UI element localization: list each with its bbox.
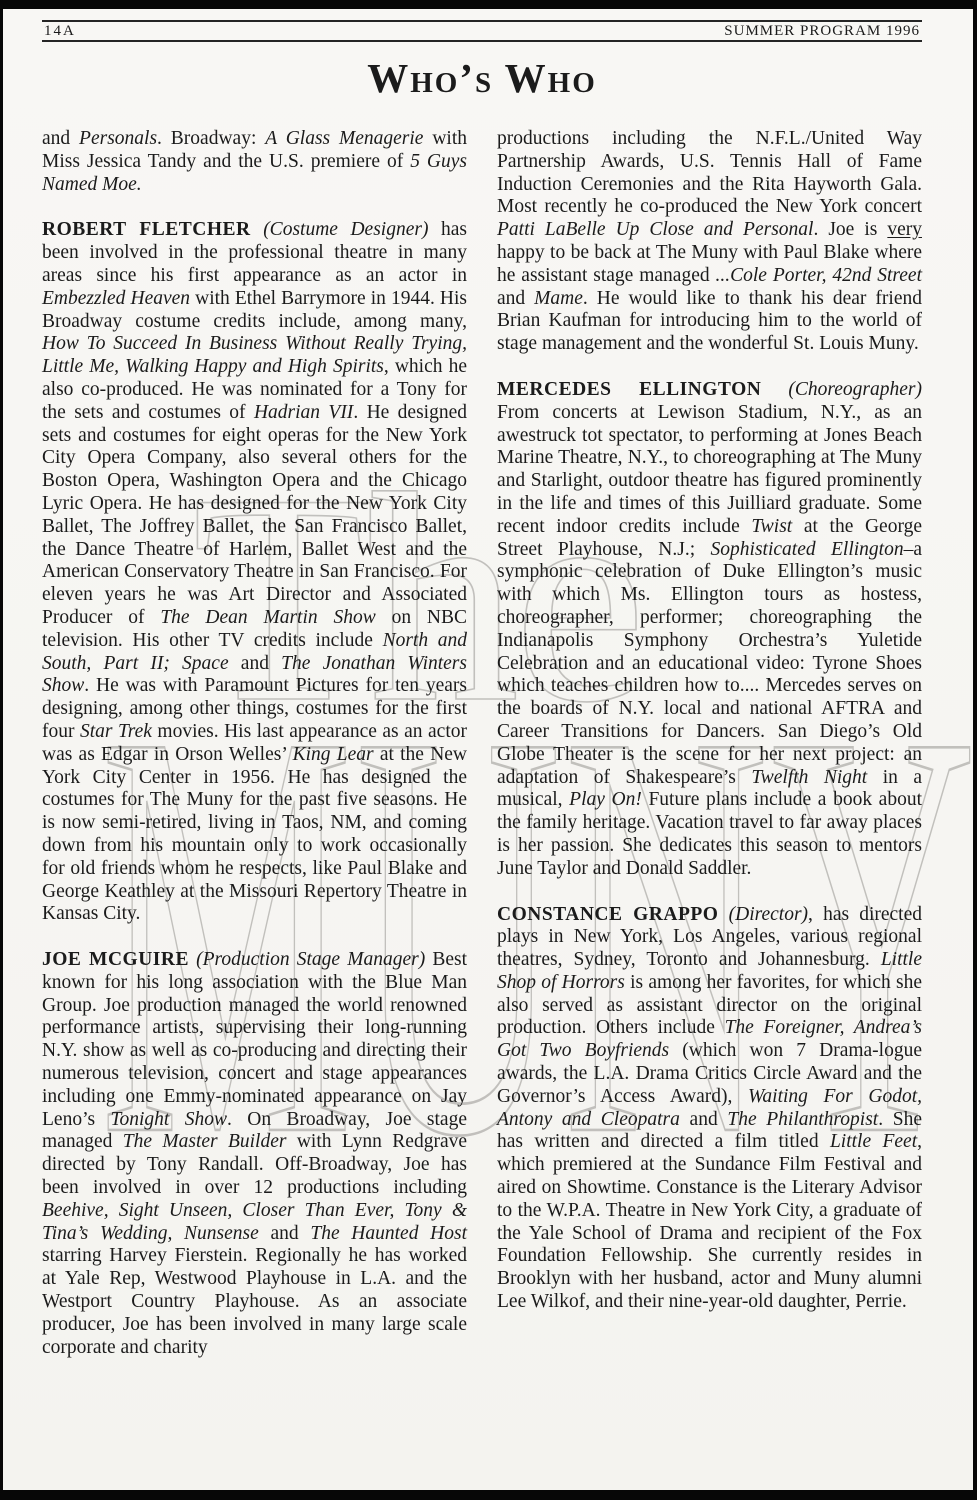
program-page-scan: The MUNY 14A SUMMER PROGRAM 1996 Who’s W…: [0, 0, 977, 1500]
text-run: Best known for his long association with…: [42, 949, 467, 1130]
page-border-right: [973, 0, 977, 1500]
page-content: 14A SUMMER PROGRAM 1996 Who’s Who and Pe…: [0, 0, 977, 1359]
text-run: King Lear: [293, 744, 374, 765]
text-run: (Choreographer): [788, 379, 922, 400]
bio-paragraph: and Personals. Broadway: A Glass Menager…: [42, 128, 467, 196]
bio-paragraph: ROBERT FLETCHER (Costume Designer) has b…: [42, 219, 467, 926]
text-run: Sophisticated Ellington: [711, 539, 904, 560]
page-border-bottom: [0, 1490, 977, 1500]
text-run: JOE MCGUIRE: [42, 949, 189, 970]
running-header: 14A SUMMER PROGRAM 1996: [42, 22, 922, 40]
text-run: The Philanthropist: [727, 1109, 878, 1130]
text-run: and: [497, 288, 534, 309]
text-run: (Costume Designer): [263, 219, 428, 240]
text-run: ROBERT FLETCHER: [42, 219, 251, 240]
page-border-left: [0, 0, 3, 1500]
text-run: very: [887, 219, 922, 240]
text-run: . Joe is: [813, 219, 887, 240]
bio-paragraph: productions including the N.F.L./United …: [497, 128, 922, 356]
text-run: Play On!: [569, 789, 642, 810]
text-run: –a symphonic celebration of Duke Ellingt…: [497, 539, 922, 788]
text-run: Patti LaBelle Up Close and Personal: [497, 219, 813, 240]
text-run: Embezzled Heaven: [42, 288, 190, 309]
text-run: [251, 219, 264, 240]
page-title: Who’s Who: [42, 58, 922, 99]
text-run: Mame: [534, 288, 583, 309]
text-run: Tonight Show: [110, 1109, 227, 1130]
text-run: Star Trek: [80, 721, 152, 742]
bio-columns: and Personals. Broadway: A Glass Menager…: [42, 128, 922, 1359]
text-run: . He designed sets and costumes for eigh…: [42, 402, 467, 628]
text-run: The Dean Martin Show: [160, 607, 375, 628]
column-right: productions including the N.F.L./United …: [497, 128, 922, 1359]
text-run: (Director): [729, 904, 808, 925]
text-run: and: [259, 1223, 311, 1244]
text-run: MERCEDES ELLINGTON: [497, 379, 761, 400]
text-run: Personals: [79, 128, 157, 149]
bio-paragraph: CONSTANCE GRAPPO (Director), has directe…: [497, 904, 922, 1314]
program-edition: SUMMER PROGRAM 1996: [724, 23, 920, 40]
text-run: . Broadway:: [157, 128, 265, 149]
text-run: The Haunted Host: [310, 1223, 467, 1244]
text-run: [718, 904, 728, 925]
page-number: 14A: [44, 23, 76, 40]
text-run: Little Feet: [830, 1131, 917, 1152]
bio-paragraph: MERCEDES ELLINGTON (Choreographer) From …: [497, 379, 922, 881]
bio-paragraph: JOE MCGUIRE (Production Stage Manager) B…: [42, 949, 467, 1359]
text-run: and: [229, 653, 282, 674]
text-run: A Glass Menagerie: [265, 128, 423, 149]
text-run: [761, 379, 788, 400]
header-rule-bottom: [42, 40, 922, 42]
text-run: ...Cole Porter, 42nd Street: [716, 265, 923, 286]
text-run: (Production Stage Manager): [196, 949, 425, 970]
text-run: starring Harvey Fierstein. Regionally he…: [42, 1245, 467, 1357]
text-run: and: [42, 128, 79, 149]
text-run: Twelfth Night: [751, 767, 867, 788]
text-run: and: [680, 1109, 727, 1130]
text-run: Hadrian VII: [254, 402, 353, 423]
text-run: CONSTANCE GRAPPO: [497, 904, 718, 925]
text-run: The Master Builder: [123, 1131, 287, 1152]
text-run: , which premiered at the Sundance Film F…: [497, 1131, 922, 1312]
text-run: Twist: [751, 516, 792, 537]
text-run: productions including the N.F.L./United …: [497, 128, 922, 217]
text-run: at the New York City Center in 1956. He …: [42, 744, 467, 925]
column-left: and Personals. Broadway: A Glass Menager…: [42, 128, 467, 1359]
page-border-top: [0, 0, 977, 9]
